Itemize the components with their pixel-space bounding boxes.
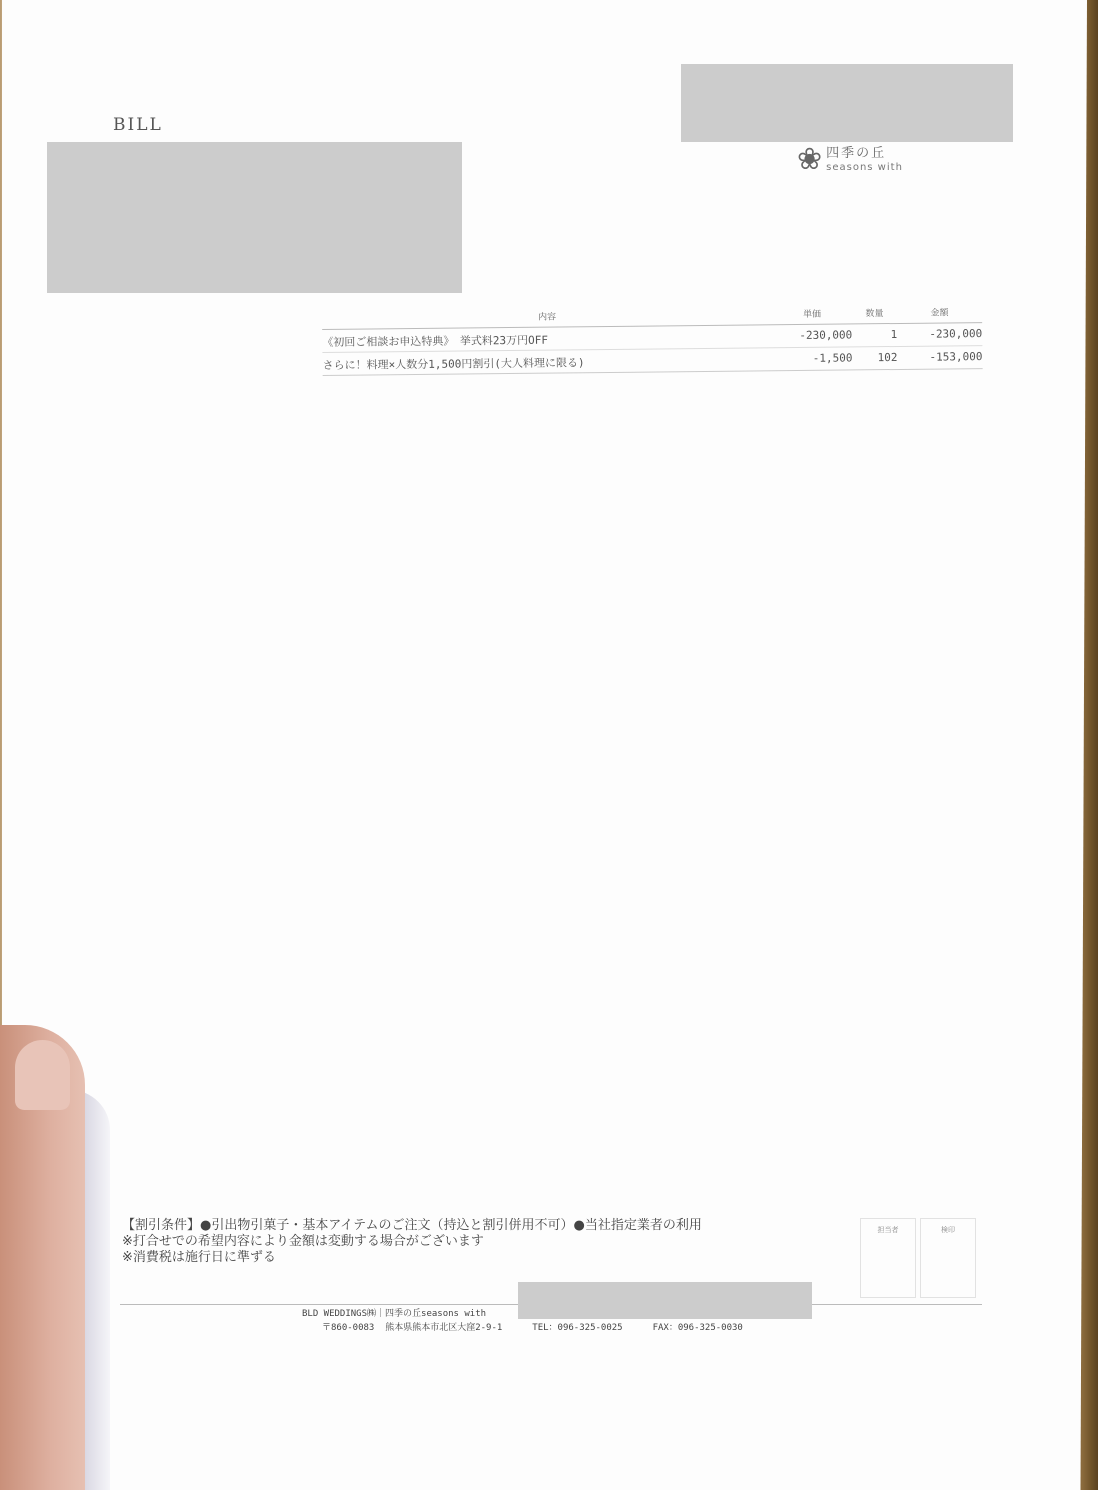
header-amount: 金額 bbox=[897, 305, 982, 319]
redacted-footer-block bbox=[518, 1282, 812, 1319]
stamp-boxes: 担当者 検印 bbox=[860, 1218, 976, 1298]
line-items-table: 内容 単価 数量 金額 《初回ご相談お申込特典》 挙式料23万円OFF -230… bbox=[322, 305, 983, 376]
header-quantity: 数量 bbox=[852, 306, 897, 319]
row-description: さらに！料理×人数分1,500円割引(大人料理に限る) bbox=[322, 352, 772, 373]
thumbnail bbox=[15, 1040, 70, 1110]
row-unit-price: -1,500 bbox=[772, 351, 852, 368]
note-line: 【割引条件】●引出物引菓子・基本アイテムのご注文（持込と割引併用不可）●当社指定… bbox=[122, 1218, 702, 1234]
venue-logo: ❀ 四季の丘 seasons with bbox=[797, 145, 903, 175]
note-line: ※打合せでの希望内容により金額は変動する場合がございます bbox=[122, 1234, 702, 1250]
row-amount: -153,000 bbox=[897, 350, 982, 367]
document-title: BILL bbox=[113, 115, 163, 135]
maple-leaf-icon: ❀ bbox=[797, 145, 822, 175]
row-amount: -230,000 bbox=[897, 327, 982, 344]
redacted-header-block bbox=[681, 64, 1013, 142]
stamp-inspection: 検印 bbox=[920, 1218, 976, 1298]
row-quantity: 102 bbox=[852, 351, 897, 367]
row-unit-price: -230,000 bbox=[772, 328, 852, 345]
footer-address: 熊本県熊本市北区大窪2-9-1 bbox=[385, 1323, 502, 1333]
bill-paper: BILL ❀ 四季の丘 seasons with 内容 単価 数量 金額 《初回… bbox=[2, 0, 1087, 1490]
footer-address-line: 〒860-0083 熊本県熊本市北区大窪2-9-1 bbox=[322, 1321, 502, 1335]
logo-name-jp: 四季の丘 bbox=[826, 147, 903, 161]
footer-tel: TEL：096-325-0025 bbox=[532, 1321, 622, 1335]
footer-fax: FAX：096-325-0030 bbox=[653, 1321, 743, 1335]
logo-name-en: seasons with bbox=[826, 162, 903, 173]
header-description: 内容 bbox=[322, 307, 772, 325]
note-line: ※消費税は施行日に準ずる bbox=[122, 1250, 702, 1266]
discount-conditions: 【割引条件】●引出物引菓子・基本アイテムのご注文（持込と割引併用不可）●当社指定… bbox=[122, 1218, 702, 1266]
row-description: 《初回ご相談お申込特典》 挙式料23万円OFF bbox=[322, 329, 772, 350]
row-quantity: 1 bbox=[852, 328, 897, 344]
redacted-recipient-block bbox=[47, 142, 462, 293]
header-unit-price: 単価 bbox=[772, 306, 852, 320]
footer-postal: 〒860-0083 bbox=[322, 1323, 374, 1333]
stamp-person-in-charge: 担当者 bbox=[860, 1218, 916, 1298]
